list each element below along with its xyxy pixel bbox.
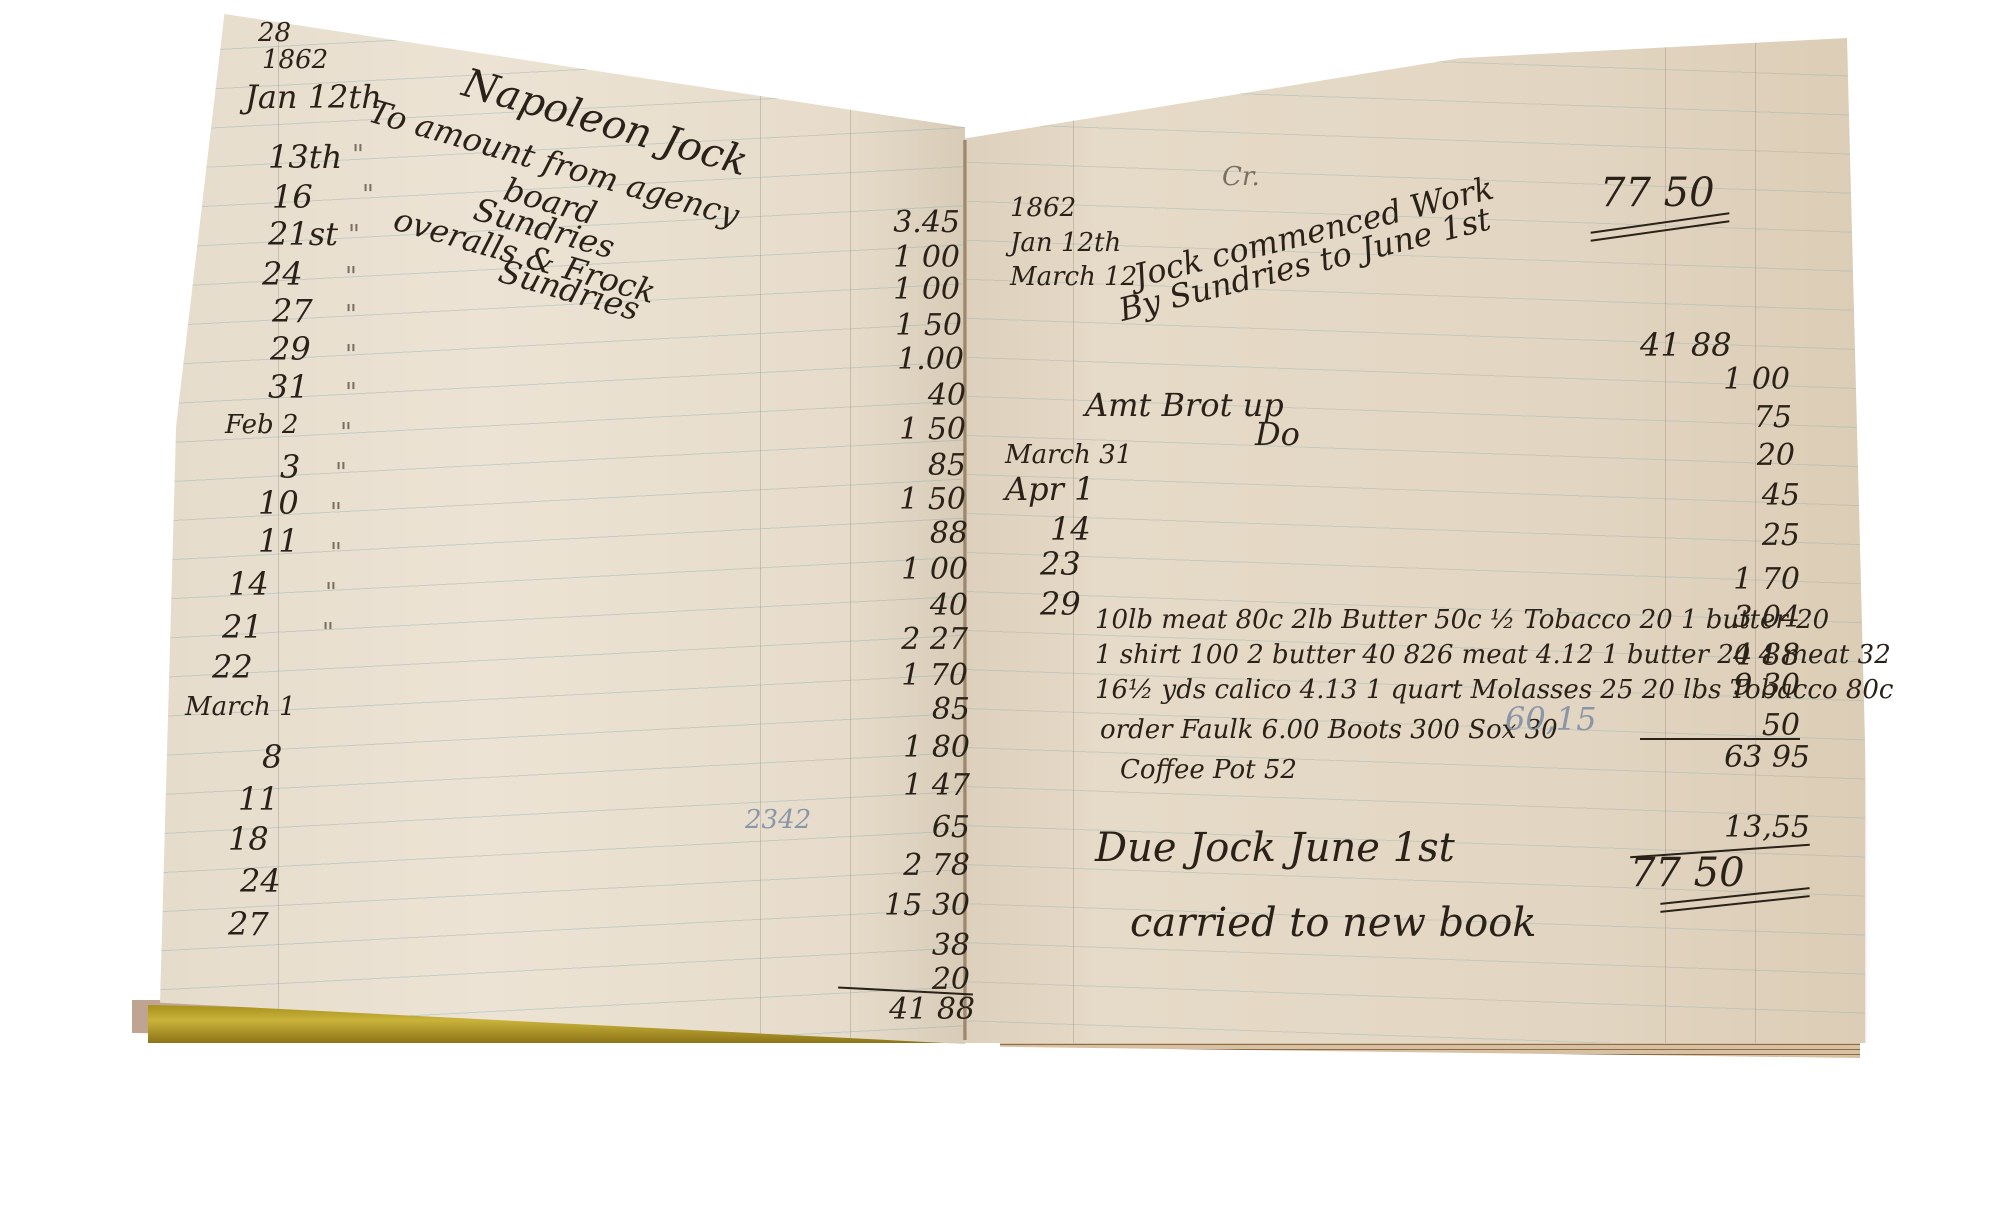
amount-margin-line <box>850 14 851 1044</box>
entry-amount: 45 <box>1700 478 1800 513</box>
entry-amount: 3.45 <box>860 205 960 240</box>
ditto-mark: " <box>345 378 357 408</box>
entry-amount: 75 <box>1692 400 1792 435</box>
entry-amount: 85 <box>870 692 970 727</box>
ditto-mark: " <box>322 618 334 648</box>
due-label: Due Jock June 1st <box>1095 825 1455 871</box>
ditto-mark: " <box>325 578 337 608</box>
entry-date: 31 <box>268 368 309 406</box>
entry-amount: 1 50 <box>862 308 962 343</box>
entry-date: March 31 <box>1005 440 1132 470</box>
final-total: 77 50 <box>1630 850 1745 896</box>
entry-date: 10 <box>258 484 299 522</box>
entry-date: Apr 1 <box>1005 470 1094 508</box>
ditto-mark: " <box>362 180 374 210</box>
entry-amount: 38 <box>870 928 970 963</box>
cents-margin-line <box>760 14 761 1044</box>
carried-label: carried to new book <box>1130 900 1537 946</box>
ditto-label: Do <box>1255 415 1300 453</box>
entry-amount: 1.00 <box>864 342 964 377</box>
line-amount: 77 50 <box>1600 170 1715 216</box>
photo-scene: 28 1862 Napoleon Jock To amount from age… <box>0 0 1999 1213</box>
entry-amount: 20 <box>1695 438 1795 473</box>
ditto-mark: " <box>340 418 352 448</box>
due-amount: 13,55 <box>1690 810 1810 845</box>
entry-date: Feb 2 <box>225 410 298 440</box>
entry-date: 21 <box>222 608 263 646</box>
ditto-mark: " <box>352 140 364 170</box>
entry-amount: 15 30 <box>870 888 970 923</box>
year-label: 1862 <box>262 45 328 75</box>
line-date: Jan 12th <box>1010 228 1121 258</box>
entry-amount: 1 80 <box>870 730 970 765</box>
itemized-line: Coffee Pot 52 <box>1120 755 1297 785</box>
entry-amount: 85 <box>866 448 966 483</box>
entry-amount: 40 <box>866 378 966 413</box>
page-number: 28 <box>258 18 291 48</box>
credit-header: Cr. <box>1222 162 1260 192</box>
ditto-mark: " <box>348 220 360 250</box>
entry-amount: 25 <box>1700 518 1800 553</box>
itemized-line: order Faulk 6.00 Boots 300 Sox 30 <box>1100 715 1558 745</box>
entry-date: 14 <box>228 565 269 603</box>
entry-date: 13th <box>268 138 342 176</box>
entry-date: 22 <box>212 648 253 686</box>
left-total: 41 88 <box>855 992 975 1027</box>
itemized-amount: 9 30 <box>1700 668 1800 703</box>
entry-amount: 1 00 <box>860 272 960 307</box>
entry-date: 3 <box>280 448 300 486</box>
entry-amount: 65 <box>870 810 970 845</box>
entry-date: March 1 <box>185 692 296 722</box>
ditto-mark: " <box>335 458 347 488</box>
entry-amount: 2 27 <box>868 622 968 657</box>
entry-amount: 40 <box>868 588 968 623</box>
entry-amount: 1 50 <box>866 482 966 517</box>
brought-up-label: Amt Brot up <box>1085 386 1284 424</box>
brought-up-amount: 41 88 <box>1640 326 1732 364</box>
ditto-mark: " <box>330 498 342 528</box>
itemized-amount: 3 04 <box>1700 600 1800 635</box>
ditto-mark: " <box>330 538 342 568</box>
entry-amount: 1 70 <box>868 658 968 693</box>
entry-date: 27 <box>228 905 269 943</box>
entry-date: 11 <box>258 522 299 560</box>
entry-date: 18 <box>228 820 269 858</box>
entry-date: 16 <box>272 178 313 216</box>
entry-date: 11 <box>238 780 279 818</box>
entry-date: 27 <box>272 292 313 330</box>
entry-date: 24 <box>240 862 281 900</box>
ditto-mark: " <box>345 300 357 330</box>
entry-amount: 1 47 <box>870 768 970 803</box>
entry-date: 23 <box>1040 545 1081 583</box>
entry-date: 29 <box>1040 585 1081 623</box>
entry-date: Jan 12th <box>245 78 382 116</box>
entry-amount: 88 <box>868 516 968 551</box>
itemized-amount: 1 70 <box>1700 562 1800 597</box>
ditto-mark: " <box>345 340 357 370</box>
entry-date: 29 <box>270 330 311 368</box>
pencil-note: 60,15 <box>1505 700 1597 738</box>
subtotal: 63 95 <box>1680 740 1810 775</box>
entry-amount: 2 78 <box>870 848 970 883</box>
entry-amount: 1 00 <box>860 240 960 275</box>
line-date: March 12 <box>1010 262 1137 292</box>
entry-date: 14 <box>1050 510 1091 548</box>
entry-amount: 1 50 <box>866 412 966 447</box>
entry-amount: 1 00 <box>1690 362 1790 397</box>
entry-date: 8 <box>262 738 282 776</box>
year-label: 1862 <box>1010 193 1076 223</box>
entry-date: 24 <box>262 255 303 293</box>
ditto-mark: " <box>345 262 357 292</box>
pencil-note: 2342 <box>745 805 811 835</box>
entry-amount: 1 00 <box>868 552 968 587</box>
entry-date: 21st <box>268 215 338 253</box>
